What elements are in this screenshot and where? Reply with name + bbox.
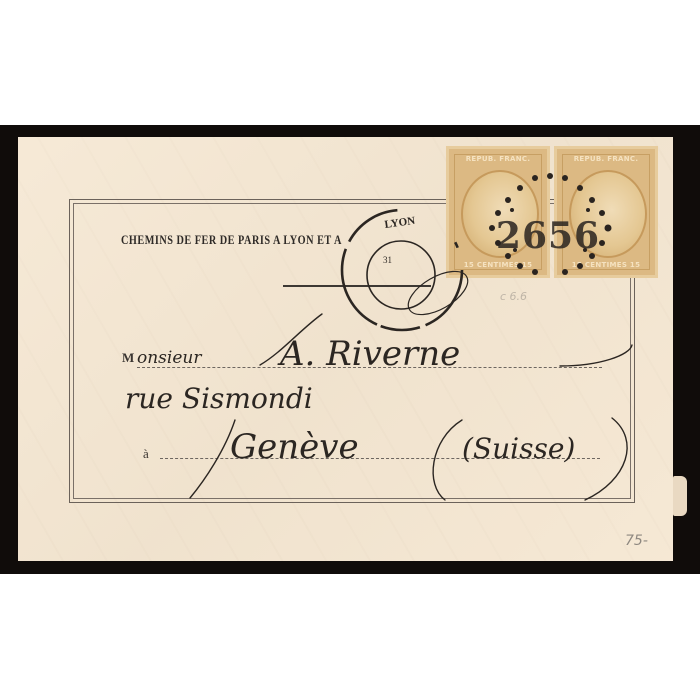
address-line-3 [160, 458, 600, 459]
stamp-top-inscription: REPUB. FRANC. [554, 155, 658, 163]
stamp-bottom-inscription: 15 CENTIMES 15 [554, 261, 658, 269]
postage-stamp-1: REPUB. FRANC. 15 CENTIMES 15 [446, 146, 550, 278]
pencil-note-under-stamps: c 6.6 [500, 290, 527, 303]
pencil-price-note: 75- [625, 533, 648, 549]
stamp-top-inscription: REPUB. FRANC. [446, 155, 550, 163]
address-line-1 [137, 367, 602, 368]
stamp-bottom-inscription: 15 CENTIMES 15 [446, 261, 550, 269]
paper-edge-tab [673, 476, 687, 516]
ceres-portrait-icon [569, 170, 647, 258]
salutation-prefix-label: M [122, 350, 134, 366]
ceres-portrait-icon [461, 170, 539, 258]
destination-prefix-label: à [143, 446, 149, 462]
heading-rule [283, 285, 431, 287]
letterhead-heading: CHEMINS DE FER DE PARIS A LYON ET A [121, 233, 342, 248]
postage-stamp-2: REPUB. FRANC. 15 CENTIMES 15 [554, 146, 658, 278]
